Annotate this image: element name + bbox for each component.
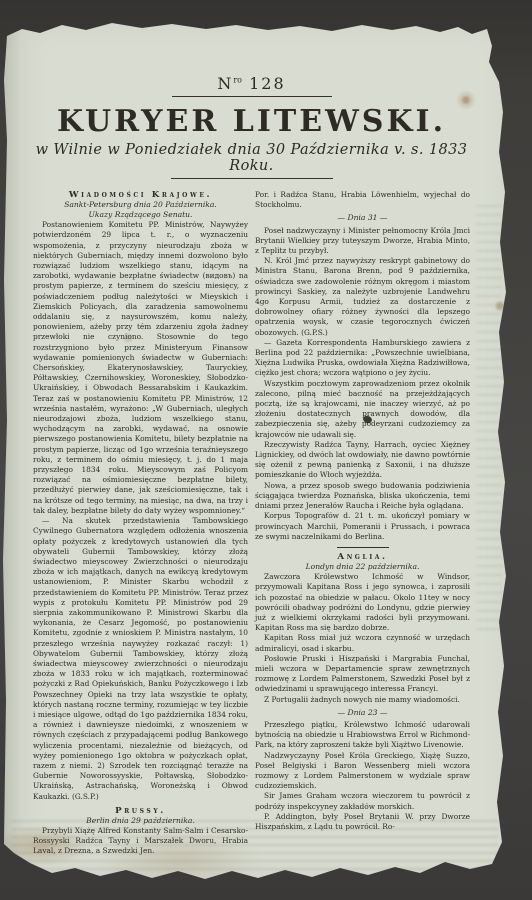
left-column: Wiadomości Krajowe. Sankt-Petersburg dni… — [33, 190, 248, 857]
paragraph-continuation: Por. i Radźca Stanu, Hrabia Löwenhielm, … — [255, 190, 470, 210]
masthead-rule-bottom — [171, 178, 333, 179]
paragraph: N. Król Jmć przez naywyższy reskrypt gab… — [255, 256, 470, 338]
england-place-dateline: Londyn dnia 22 października. — [255, 562, 470, 572]
day-label-31: — Dnia 31 — — [255, 213, 470, 223]
printed-area: Nro 128 KURYER LITEWSKI. w Wilnie w Poni… — [33, 70, 470, 857]
section-heading-domestic: Wiadomości Krajowe. — [33, 190, 248, 200]
masthead-rule-top — [172, 96, 332, 97]
section-heading-prussia: Prussy. — [33, 806, 248, 816]
paragraph: Nadzwyczayny Poseł Króla Greckiego, Xiąż… — [255, 751, 470, 792]
paragraph: Posłowie Pruski i Hiszpański i Margrabia… — [255, 654, 470, 695]
paragraph: Wszystkim pocztowym zaprowadzeniom przez… — [255, 379, 470, 440]
show-through-text-right-margin — [476, 200, 502, 630]
section-heading-england: Anglia. — [255, 552, 470, 562]
paragraph: Przybyli Xiążę Alfred Konstanty Salm-Sal… — [33, 826, 248, 857]
newspaper-page: Nro 128 KURYER LITEWSKI. w Wilnie w Poni… — [0, 0, 532, 900]
paragraph: — Gazeta Korrespondenta Hamburskiego zaw… — [255, 338, 470, 379]
issue-prefix: N — [217, 74, 233, 93]
article-columns: Wiadomości Krajowe. Sankt-Petersburg dni… — [33, 190, 470, 857]
right-column: Por. i Radźca Stanu, Hrabia Löwenhielm, … — [255, 190, 470, 857]
paragraph: Rzeczywisty Radźca Tayny, Harrach, oycie… — [255, 440, 470, 481]
paragraph: Sir James Graham wczora wieczorem tu pow… — [255, 791, 470, 811]
paragraph: Przeszłego piątku, Królewstwo Ichmość ud… — [255, 720, 470, 751]
day-label-23: — Dnia 23 — — [255, 708, 470, 718]
paragraph: Postanowieniem Komitetu PP. Ministrów, N… — [33, 220, 248, 516]
issue-number: Nro 128 — [33, 74, 470, 93]
paragraph: Zawczora Królewstwo Ichmość w Windsor, p… — [255, 572, 470, 633]
paragraph: Kapitan Ross miał już wczora czynność w … — [255, 633, 470, 653]
paragraph: Nowa, a przez sposob swego budowania pod… — [255, 481, 470, 512]
domestic-subheading: Ukazy Rządzącego Senatu. — [33, 210, 248, 220]
issue-superscript: ro — [233, 76, 242, 85]
section-divider-rule — [337, 547, 389, 548]
issue-digits: 128 — [249, 74, 286, 93]
prussia-place-dateline: Berlin dnia 29 października. — [33, 816, 248, 826]
paragraph: — Na skutek przedstawienia Tambowskiego … — [33, 516, 248, 802]
paragraph: Z Portugalii żadnych nowych nie mamy wia… — [255, 695, 470, 705]
paragraph: Korpus Topografów d. 21 t. m. ukończył p… — [255, 511, 470, 542]
masthead-dateline: w Wilnie w Poniedziałek dnia 30 Paździer… — [33, 142, 470, 174]
paragraph: P. Addington, były Poseł Brytanii W. prz… — [255, 812, 470, 832]
masthead-title: KURYER LITEWSKI. — [33, 104, 470, 139]
paragraph: Poseł nadzwyczayny i Minister pełnomocny… — [255, 226, 470, 257]
domestic-place-dateline: Sankt-Petersburg dnia 20 Października. — [33, 200, 248, 210]
